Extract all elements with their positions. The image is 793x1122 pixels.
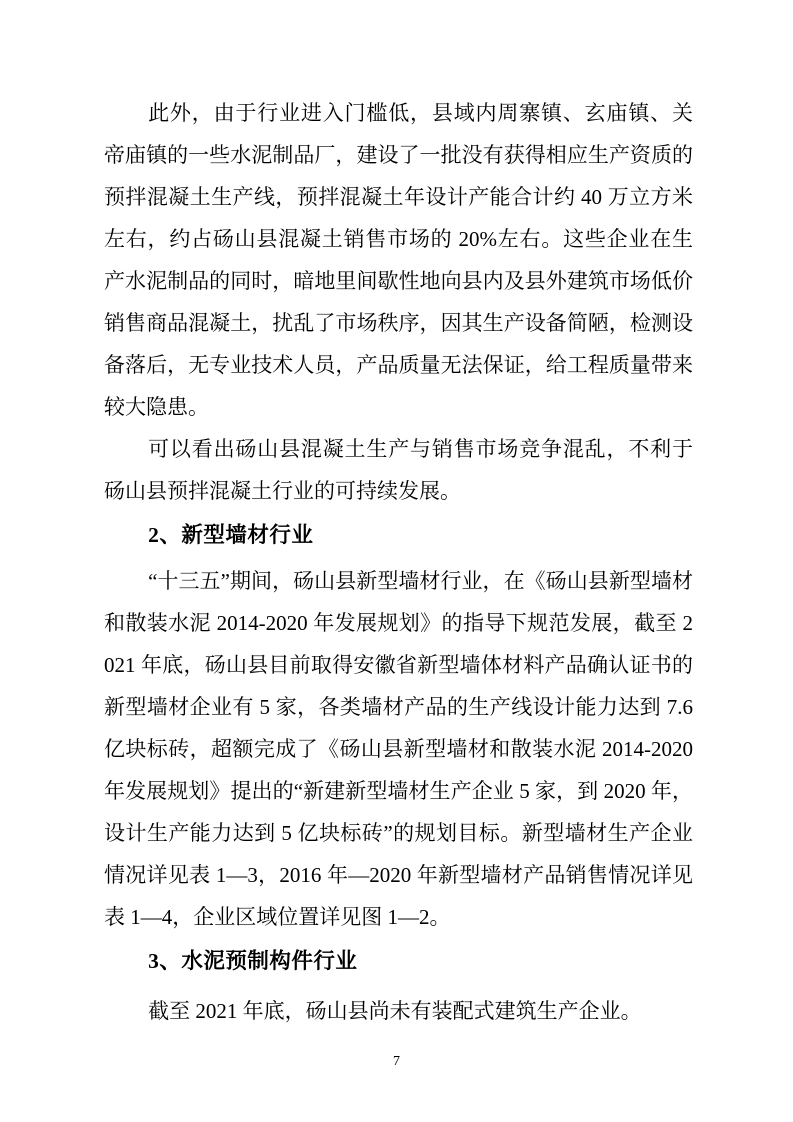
paragraph-concrete-conclusion: 可以看出砀山县混凝土生产与销售市场竞争混乱，不利于砀山县预拌混凝土行业的可持续发… <box>104 428 693 512</box>
heading-new-wall-materials: 2、新型墙材行业 <box>104 514 693 556</box>
paragraph-precast-concrete: 截至 2021 年底，砀山县尚未有装配式建筑生产企业。 <box>104 990 693 1032</box>
paragraph-new-wall-materials: “十三五”期间，砀山县新型墙材行业，在《砀山县新型墙材和散装水泥 2014-20… <box>104 560 693 938</box>
paragraph-concrete-overview: 此外，由于行业进入门槛低，县域内周寨镇、玄庙镇、关帝庙镇的一些水泥制品厂，建设了… <box>104 92 693 428</box>
page-number: 7 <box>0 1054 793 1070</box>
heading-precast-concrete: 3、水泥预制构件行业 <box>104 940 693 982</box>
document-page: 此外，由于行业进入门槛低，县域内周寨镇、玄庙镇、关帝庙镇的一些水泥制品厂，建设了… <box>0 0 793 1122</box>
